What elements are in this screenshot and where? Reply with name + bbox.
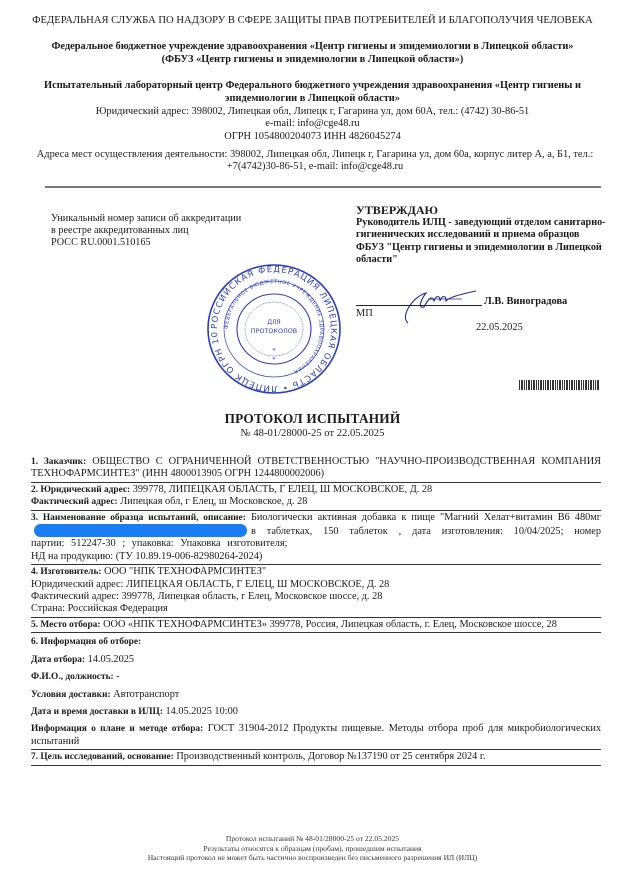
actual-address-label: Фактический адрес: [31, 497, 118, 507]
section-purpose: 7. Цель исследований, основание: Произво… [31, 750, 601, 765]
section-sampling-info: 6. Информация об отборе: Дата отбора: 14… [31, 633, 601, 750]
fio-value: - [116, 672, 119, 682]
delivery-conditions-label: Условия доставки: [31, 690, 111, 700]
section-sampling-place: 5. Место отбора: ООО «НПК ТЕХНОФАРМСИНТЕ… [31, 618, 601, 633]
manufacturer-label: 4. Изготовитель: [31, 567, 102, 577]
sampling-info-label: 6. Информация об отборе: [31, 637, 141, 647]
email: e-mail: info@cge48.ru [30, 118, 595, 130]
document-number: № 48-01/28000-25 от 22.05.2025 [150, 428, 475, 439]
footer-copy-restriction: Настоящий протокол не может быть частичн… [60, 853, 565, 863]
footer-results-note: Результаты относятся к образцам (пробам)… [60, 844, 565, 854]
protocol-sections: 1. Заказчик: ОБЩЕСТВО С ОГРАНИЧЕННОЙ ОТВ… [31, 455, 601, 766]
customer-label: 1. Заказчик: [31, 457, 86, 467]
redaction-bar [34, 524, 247, 537]
section-legal-address: 2. Юридический адрес: 399778, ЛИПЕЦКАЯ О… [31, 483, 601, 511]
institution-name: Федеральное бюджетное учреждение здравоо… [15, 41, 610, 66]
approver-role: Руководитель ИЛЦ - заведующий отделом са… [356, 217, 606, 267]
svg-text:*: * [272, 356, 276, 364]
manufacturer-value: ООО "НПК ТЕХНОФАРМСИНТЕЗ" [104, 566, 266, 577]
official-stamp-icon: РОССИЙСКАЯ ФЕДЕРАЦИЯ ЛИПЕЦКАЯ ОБЛАСТЬ • … [193, 264, 355, 394]
product-nd: НД на продукцию: (ТУ 10.89.19-006-829802… [31, 551, 601, 563]
manufacturer-country: Страна: Российская Федерация [31, 603, 601, 615]
laboratory-contacts: Юридический адрес: 398002, Липецкая обл,… [30, 106, 595, 143]
institution-short-name: (ФБУЗ «Центр гигиены и эпидемиологии в Л… [15, 54, 610, 67]
actual-address-value: Липецкая обл, г Елец, ш Московское, д. 2… [120, 496, 307, 507]
approval-title: УТВЕРЖДАЮ [356, 203, 606, 217]
sample-value-start: Биологически активная добавка к пище "Ма… [251, 512, 601, 523]
header-divider [45, 186, 601, 188]
accreditation-line-2: в реестре аккредитованных лиц [51, 225, 281, 237]
signer-name: Л.В. Виноградова [484, 296, 567, 307]
section-manufacturer: 4. Изготовитель: ООО "НПК ТЕХНОФАРМСИНТЕ… [31, 565, 601, 618]
signature-icon [398, 287, 478, 327]
customer-value: ОБЩЕСТВО С ОГРАНИЧЕННОЙ ОТВЕТСТВЕННОСТЬЮ… [31, 456, 601, 479]
sampling-plan-label: Информация о плане и методе отбора: [31, 724, 203, 734]
purpose-label: 7. Цель исследований, основание: [31, 752, 174, 762]
accreditation-block: Уникальный номер записи об аккредитации … [51, 213, 281, 250]
institution-full-name: Федеральное бюджетное учреждение здравоо… [15, 41, 610, 54]
delivery-datetime-value: 14.05.2025 10:00 [166, 706, 238, 717]
document-title: ПРОТОКОЛ ИСПЫТАНИЙ [150, 411, 475, 427]
accreditation-line-1: Уникальный номер записи об аккредитации [51, 213, 281, 225]
legal-address: Юридический адрес: 398002, Липецкая обл,… [30, 106, 595, 118]
signature-line [356, 305, 482, 306]
accreditation-number: РОСС RU.0001.510165 [51, 237, 281, 249]
legal-address-value: 399778, ЛИПЕЦКАЯ ОБЛАСТЬ, Г ЕЛЕЦ, Ш МОСК… [133, 484, 432, 495]
activity-address: Адреса мест осуществления деятельности: … [20, 149, 610, 174]
purpose-value: Производственный контроль, Договор №1371… [176, 751, 485, 762]
sample-label: 3. Наименование образца испытаний, описа… [31, 513, 246, 523]
footer-protocol-ref: Протокол испытаний № 48-01/28000-25 от 2… [60, 834, 565, 844]
sampling-place-value: ООО «НПК ТЕХНОФАРМСИНТЕЗ» 399778, Россия… [103, 619, 557, 630]
laboratory-name: Испытательный лабораторный центр Федерал… [30, 80, 595, 105]
sampling-date-label: Дата отбора: [31, 655, 85, 665]
sampling-place-label: 5. Место отбора: [31, 620, 101, 630]
approval-date: 22.05.2025 [476, 322, 523, 333]
svg-text:*: * [272, 347, 276, 355]
manufacturer-actual-address: Фактический адрес: 399778, Липецкая обла… [31, 591, 601, 603]
section-customer: 1. Заказчик: ОБЩЕСТВО С ОГРАНИЧЕННОЙ ОТВ… [31, 455, 601, 483]
section-sample: 3. Наименование образца испытаний, описа… [31, 511, 601, 566]
legal-address-label: 2. Юридический адрес: [31, 485, 130, 495]
stamp-center-line-1: ДЛЯ [267, 319, 280, 326]
page-footer: Протокол испытаний № 48-01/28000-25 от 2… [60, 834, 565, 863]
fio-label: Ф.И.О., должность: [31, 672, 114, 682]
approval-block: УТВЕРЖДАЮ Руководитель ИЛЦ - заведующий … [356, 203, 606, 267]
barcode-icon [519, 380, 611, 390]
stamp-center-line-2: ПРОТОКОЛОВ [251, 327, 297, 335]
delivery-conditions-value: Автотранспорт [113, 689, 179, 700]
seal-place-label: МП [356, 308, 373, 319]
agency-name: ФЕДЕРАЛЬНАЯ СЛУЖБА ПО НАДЗОРУ В СФЕРЕ ЗА… [20, 15, 605, 28]
ogrn-inn: ОГРН 1054800204073 ИНН 4826045274 [30, 131, 595, 143]
manufacturer-legal-address: Юридический адрес: ЛИПЕЦКАЯ ОБЛАСТЬ, Г Е… [31, 579, 601, 591]
sampling-date-value: 14.05.2025 [88, 654, 134, 665]
delivery-datetime-label: Дата и время доставки в ИЛЦ: [31, 707, 163, 717]
